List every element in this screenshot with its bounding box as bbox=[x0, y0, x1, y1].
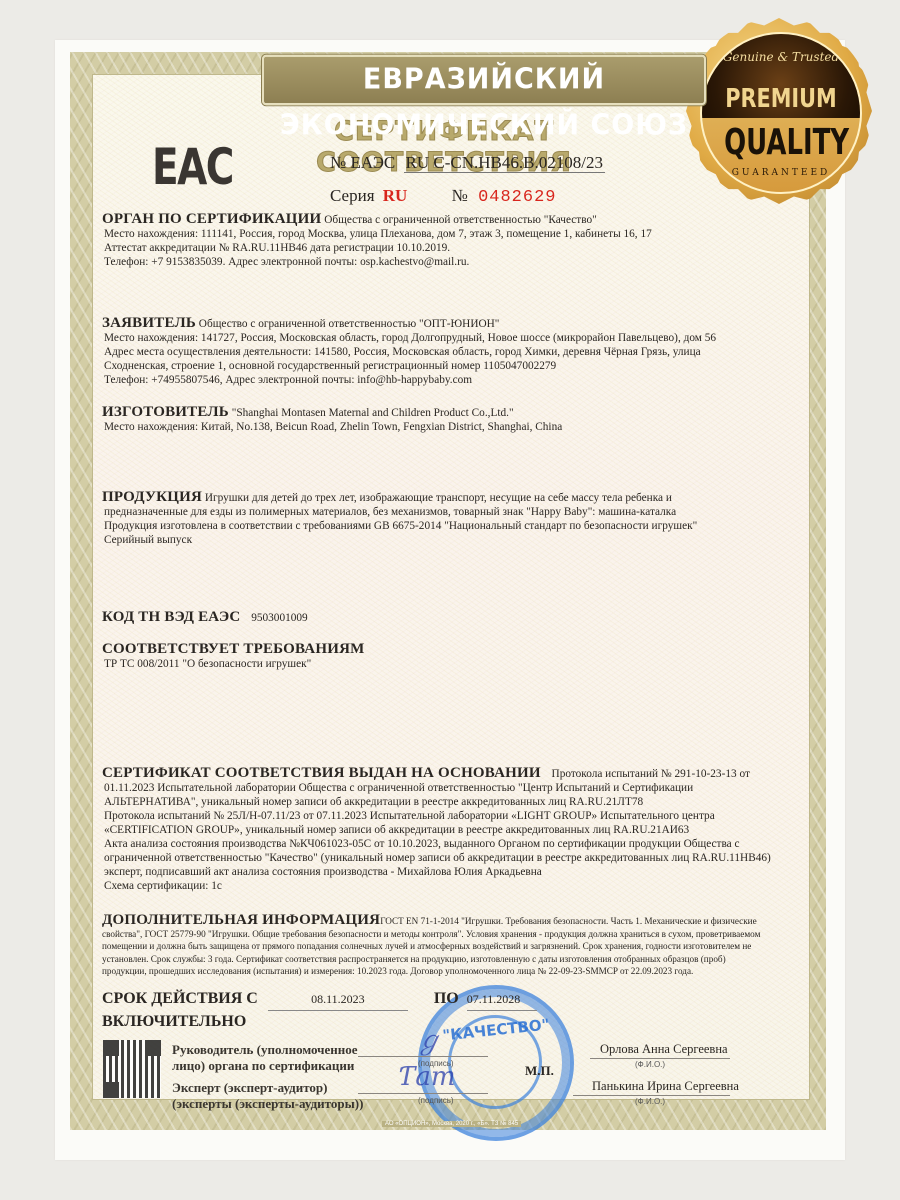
registration-label: № ЕАЭС bbox=[330, 153, 395, 172]
handwritten-signature: ℊ bbox=[416, 1020, 442, 1057]
handwritten-signature: Ƭam bbox=[398, 1062, 456, 1092]
fio-caption: (Ф.И.О.) bbox=[635, 1060, 665, 1069]
registration-number-line: № ЕАЭС RU C-CN.НВ46.В.02108/23 bbox=[330, 153, 605, 173]
section-heading: СЕРТИФИКАТ СООТВЕТСТВИЯ ВЫДАН НА ОСНОВАН… bbox=[102, 765, 541, 781]
name-line bbox=[590, 1058, 730, 1059]
section-requirements: СООТВЕТСТВУЕТ ТРЕБОВАНИЯМ ТР ТС 008/2011… bbox=[102, 642, 364, 671]
manufacturer-name: "Shanghai Montasen Maternal and Children… bbox=[232, 407, 514, 419]
stamp-place-label: М.П. bbox=[525, 1063, 554, 1079]
text-line: Адрес места осуществления деятельности: … bbox=[102, 345, 716, 359]
text-line: Место нахождения: Китай, No.138, Beicun … bbox=[102, 420, 562, 434]
fio-caption: (Ф.И.О.) bbox=[635, 1097, 665, 1106]
text-line: эксперт, подписавший акт анализа состоян… bbox=[102, 865, 771, 879]
text-line: АЛЬТЕРНАТИВА", уникальный номер записи о… bbox=[102, 795, 771, 809]
section-manufacturer: ИЗГОТОВИТЕЛЬ "Shanghai Montasen Maternal… bbox=[102, 405, 562, 434]
body-name: Общества с ограниченной ответственностью… bbox=[324, 214, 596, 226]
text-line: Аттестат аккредитации № RA.RU.11НВ46 дат… bbox=[102, 241, 652, 255]
eac-logo-icon: EAC bbox=[152, 142, 233, 192]
section-heading: ИЗГОТОВИТЕЛЬ bbox=[102, 404, 229, 420]
section-heading: ПРОДУКЦИЯ bbox=[102, 489, 202, 505]
text-line: ограниченной ответственностью "Качество"… bbox=[102, 851, 771, 865]
validity-to-date: 07.11.2028 bbox=[467, 988, 537, 1011]
union-banner: ЕВРАЗИЙСКИЙ ЭКОНОМИЧЕСКИЙ СОЮЗ bbox=[262, 55, 706, 105]
registration-number: RU C-CN.НВ46.В.02108/23 bbox=[404, 153, 605, 173]
text-line: установлен. Срок службы: 3 года. Сертифи… bbox=[102, 953, 760, 966]
printer-imprint: АО «ОПЦИОН», Москва, 2020 г., «Б». ТЗ № … bbox=[382, 1121, 521, 1127]
signature-caption: (подпись) bbox=[418, 1096, 454, 1105]
applicant-name: Общество с ограниченной ответственностью… bbox=[199, 318, 500, 330]
product-name: Игрушки для детей до трех лет, изображаю… bbox=[205, 492, 672, 504]
expert-signature-label: Эксперт (эксперт-аудитор) (эксперты (экс… bbox=[172, 1080, 363, 1112]
label-line: лицо) органа по сертификации bbox=[172, 1058, 358, 1074]
qr-code[interactable] bbox=[103, 1040, 161, 1098]
series-line: Серия RU № 0482629 bbox=[330, 186, 556, 207]
text-line: Акта анализа состояния производства №КЧ0… bbox=[102, 837, 771, 851]
text-line: ТР ТС 008/2011 "О безопасности игрушек" bbox=[102, 657, 364, 671]
name-line bbox=[573, 1095, 730, 1096]
text-line: 01.11.2023 Испытательной лаборатории Общ… bbox=[102, 781, 771, 795]
section-hs-code: КОД ТН ВЭД ЕАЭС 9503001009 bbox=[102, 610, 308, 625]
label-line: (эксперты (эксперты-аудиторы)) bbox=[172, 1096, 363, 1112]
section-heading: ОРГАН ПО СЕРТИФИКАЦИИ bbox=[102, 211, 321, 227]
section-heading: КОД ТН ВЭД ЕАЭС bbox=[102, 609, 240, 625]
section-heading: СООТВЕТСТВУЕТ ТРЕБОВАНИЯМ bbox=[102, 641, 364, 657]
text-line: Телефон: +7 9153835039. Адрес электронно… bbox=[102, 255, 652, 269]
head-name: Орлова Анна Сергеевна bbox=[600, 1042, 728, 1057]
validity-to-label: ПО bbox=[434, 990, 459, 1007]
text-line: свойства", ГОСТ 25779-90 "Игрушки. Общие… bbox=[102, 928, 760, 941]
text-line: предназначенные для езды из полимерных м… bbox=[102, 505, 697, 519]
validity-period: СРОК ДЕЙСТВИЯ С 08.11.2023 ПО 07.11.2028… bbox=[102, 988, 537, 1033]
text-line: Серийный выпуск bbox=[102, 533, 697, 547]
badge-premium-text: PREMIUM bbox=[718, 84, 844, 114]
series-value: RU bbox=[383, 186, 408, 205]
text-line: помещении и должна быть защищена от прям… bbox=[102, 940, 760, 953]
section-additional-info: ДОПОЛНИТЕЛЬНАЯ ИНФОРМАЦИЯГОСТ EN 71-1-20… bbox=[102, 914, 760, 978]
badge-top-text: Genuine & Trusted bbox=[702, 50, 860, 64]
premium-quality-badge: Genuine & Trusted PREMIUM QUALITY GUARAN… bbox=[686, 18, 872, 204]
validity-from-date: 08.11.2023 bbox=[268, 988, 408, 1011]
badge-ring: Genuine & Trusted PREMIUM QUALITY GUARAN… bbox=[700, 32, 862, 194]
label-line: Руководитель (уполномоченное bbox=[172, 1042, 358, 1058]
validity-from-label: СРОК ДЕЙСТВИЯ С bbox=[102, 990, 258, 1007]
section-basis: СЕРТИФИКАТ СООТВЕТСТВИЯ ВЫДАН НА ОСНОВАН… bbox=[102, 766, 771, 893]
section-applicant: ЗАЯВИТЕЛЬ Общество с ограниченной ответс… bbox=[102, 316, 716, 387]
text-line: Место нахождения: 141727, Россия, Москов… bbox=[102, 331, 716, 345]
text-line: ГОСТ EN 71-1-2014 "Игрушки. Требования б… bbox=[380, 916, 757, 926]
badge-quality-text: QUALITY bbox=[724, 122, 838, 163]
expert-name: Панькина Ирина Сергеевна bbox=[592, 1079, 739, 1094]
hs-code-value: 9503001009 bbox=[251, 612, 307, 624]
form-number: 0482629 bbox=[478, 188, 556, 207]
text-line: Протокола испытаний № 25Л/Н-07.11/23 от … bbox=[102, 809, 771, 823]
section-heading: ЗАЯВИТЕЛЬ bbox=[102, 315, 196, 331]
text-line: Протокола испытаний № 291-10-23-13 от bbox=[552, 768, 750, 780]
text-line: Схема сертификации: 1с bbox=[102, 879, 771, 893]
label-line: Эксперт (эксперт-аудитор) bbox=[172, 1080, 363, 1096]
validity-inclusive-label: ВКЛЮЧИТЕЛЬНО bbox=[102, 1011, 537, 1033]
text-line: Продукция изготовлена в соответствии с т… bbox=[102, 519, 697, 533]
badge-bottom-text: GUARANTEED bbox=[702, 168, 860, 178]
text-line: продукции, прошедших исследования (испыт… bbox=[102, 965, 760, 978]
text-line: Место нахождения: 111141, Россия, город … bbox=[102, 227, 652, 241]
section-certification-body: ОРГАН ПО СЕРТИФИКАЦИИ Общества с огранич… bbox=[102, 212, 652, 269]
section-heading: ДОПОЛНИТЕЛЬНАЯ ИНФОРМАЦИЯ bbox=[102, 912, 380, 928]
text-line: Телефон: +74955807546, Адрес электронной… bbox=[102, 373, 716, 387]
text-line: «CERTIFICATION GROUP», уникальный номер … bbox=[102, 823, 771, 837]
section-product: ПРОДУКЦИЯ Игрушки для детей до трех лет,… bbox=[102, 490, 697, 547]
series-label: Серия bbox=[330, 186, 375, 205]
text-line: Сходненская, строение 1, основной госуда… bbox=[102, 359, 716, 373]
signature-line bbox=[358, 1093, 488, 1094]
head-signature-label: Руководитель (уполномоченное лицо) орган… bbox=[172, 1042, 358, 1074]
form-number-label: № bbox=[452, 186, 468, 205]
